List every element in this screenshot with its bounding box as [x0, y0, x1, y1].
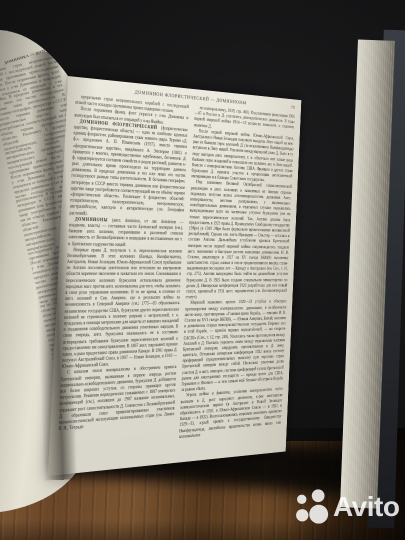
text-column-1: прорезания строя неприятельских кораблей…	[57, 95, 189, 452]
text-columns: прорезания строя неприятельских кораблей…	[57, 95, 295, 452]
text-column-2: по империализму, 1939, стр. 468). Под вл…	[179, 106, 295, 441]
avito-label: Avito	[333, 488, 399, 525]
page-number: 79	[291, 105, 295, 111]
book-photo: ДОМИНИКА — ДОМИНИОН ФЛОРИСТИЧЕСКИЙ проре…	[0, 0, 405, 540]
right-page: ДОМИНИОН ФЛОРИСТИЧЕСКИЙ — ДОМИНИОНЫ 79 п…	[48, 76, 302, 476]
avito-dots-icon	[293, 488, 330, 525]
avito-watermark: Avito	[293, 488, 399, 525]
right-page-content: ДОМИНИОН ФЛОРИСТИЧЕСКИЙ — ДОМИНИОНЫ 79 п…	[48, 76, 302, 476]
